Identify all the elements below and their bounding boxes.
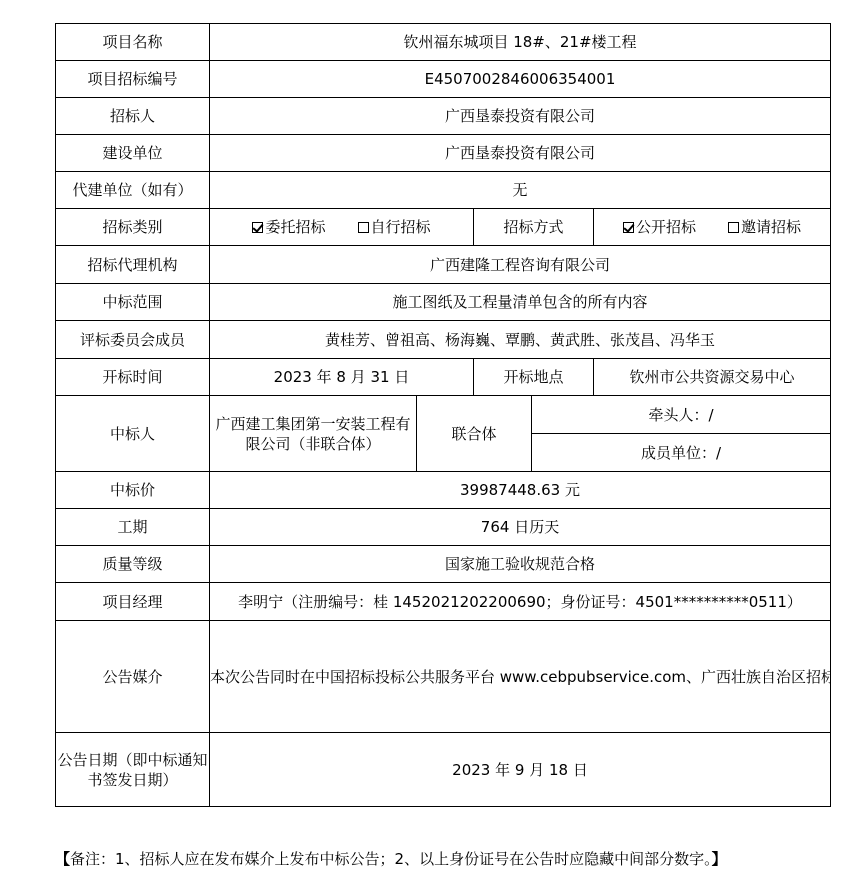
bid-result-table: 项目名称 钦州福东城项目 18#、21#楼工程 项目招标编号 E45070028… — [55, 23, 831, 807]
tender-number-label: 项目招标编号 — [56, 61, 210, 98]
quality-value: 国家施工验收规范合格 — [210, 546, 831, 583]
checkbox-unchecked-icon[interactable] — [728, 222, 739, 233]
winner-label: 中标人 — [56, 396, 210, 472]
row-price: 中标价 39987448.63 元 — [56, 472, 831, 509]
committee-label: 评标委员会成员 — [56, 321, 210, 359]
footnote-close-bracket: 】 — [712, 850, 727, 868]
agent-construction-unit-value: 无 — [210, 172, 831, 209]
tender-number-value: E4507002846006354001 — [210, 61, 831, 98]
opening-place-label: 开标地点 — [474, 359, 594, 396]
duration-value: 764 日历天 — [210, 509, 831, 546]
media-label: 公告媒介 — [56, 621, 210, 733]
consortium-members: 成员单位：/ — [532, 434, 831, 472]
row-committee: 评标委员会成员 黄桂芳、曾祖高、杨海巍、覃鹏、黄武胜、张茂昌、冯华玉 — [56, 321, 831, 359]
construction-unit-value: 广西垦泰投资有限公司 — [210, 135, 831, 172]
agency-value: 广西建隆工程咨询有限公司 — [210, 246, 831, 284]
option-invited-label: 邀请招标 — [741, 218, 801, 236]
winner-value: 广西建工集团第一安装工程有限公司（非联合体） — [210, 396, 417, 472]
option-invited[interactable]: 邀请招标 — [728, 217, 801, 237]
tender-method-label: 招标方式 — [474, 209, 594, 246]
option-self[interactable]: 自行招标 — [358, 217, 431, 237]
opening-time-label: 开标时间 — [56, 359, 210, 396]
row-winner-1: 中标人 广西建工集团第一安装工程有限公司（非联合体） 联合体 牵头人：/ — [56, 396, 831, 434]
row-tenderer: 招标人 广西垦泰投资有限公司 — [56, 98, 831, 135]
construction-unit-label: 建设单位 — [56, 135, 210, 172]
opening-time-value: 2023 年 8 月 31 日 — [210, 359, 474, 396]
notice-date-value: 2023 年 9 月 18 日 — [210, 733, 831, 807]
row-media: 公告媒介 本次公告同时在中国招标投标公共服务平台 www.cebpubservi… — [56, 621, 831, 733]
duration-label: 工期 — [56, 509, 210, 546]
row-notice-date: 公告日期（即中标通知书签发日期） 2023 年 9 月 18 日 — [56, 733, 831, 807]
tenderer-label: 招标人 — [56, 98, 210, 135]
manager-label: 项目经理 — [56, 583, 210, 621]
row-project-name: 项目名称 钦州福东城项目 18#、21#楼工程 — [56, 24, 831, 61]
opening-place-value: 钦州市公共资源交易中心 — [594, 359, 831, 396]
tender-method-options: 公开招标邀请招标 — [594, 209, 831, 246]
footnote-open-bracket: 【 — [55, 850, 70, 868]
row-duration: 工期 764 日历天 — [56, 509, 831, 546]
quality-label: 质量等级 — [56, 546, 210, 583]
option-entrusted-label: 委托招标 — [265, 218, 325, 236]
checkbox-checked-icon[interactable] — [623, 222, 634, 233]
row-tender-number: 项目招标编号 E4507002846006354001 — [56, 61, 831, 98]
project-name-label: 项目名称 — [56, 24, 210, 61]
row-agent-construction-unit: 代建单位（如有） 无 — [56, 172, 831, 209]
row-tender-type: 招标类别 委托招标自行招标 招标方式 公开招标邀请招标 — [56, 209, 831, 246]
row-opening: 开标时间 2023 年 8 月 31 日 开标地点 钦州市公共资源交易中心 — [56, 359, 831, 396]
media-value: 本次公告同时在中国招标投标公共服务平台 www.cebpubservice.co… — [210, 621, 831, 733]
footnote-text: 备注：1、招标人应在发布媒介上发布中标公告；2、以上身份证号在公告时应隐藏中间部… — [70, 850, 712, 868]
checkbox-unchecked-icon[interactable] — [358, 222, 369, 233]
option-entrusted[interactable]: 委托招标 — [252, 217, 325, 237]
notice-date-label: 公告日期（即中标通知书签发日期） — [56, 733, 210, 807]
manager-value: 李明宁（注册编号：桂 1452021202200690；身份证号：4501***… — [210, 583, 831, 621]
tender-type-label: 招标类别 — [56, 209, 210, 246]
scope-label: 中标范围 — [56, 284, 210, 321]
row-quality: 质量等级 国家施工验收规范合格 — [56, 546, 831, 583]
price-label: 中标价 — [56, 472, 210, 509]
row-scope: 中标范围 施工图纸及工程量清单包含的所有内容 — [56, 284, 831, 321]
tender-type-options: 委托招标自行招标 — [210, 209, 474, 246]
agent-construction-unit-label: 代建单位（如有） — [56, 172, 210, 209]
consortium-label: 联合体 — [417, 396, 532, 472]
price-value: 39987448.63 元 — [210, 472, 831, 509]
footnote: 【备注：1、招标人应在发布媒介上发布中标公告；2、以上身份证号在公告时应隐藏中间… — [55, 848, 727, 869]
checkbox-checked-icon[interactable] — [252, 222, 263, 233]
scope-value: 施工图纸及工程量清单包含的所有内容 — [210, 284, 831, 321]
agency-label: 招标代理机构 — [56, 246, 210, 284]
row-agency: 招标代理机构 广西建隆工程咨询有限公司 — [56, 246, 831, 284]
row-construction-unit: 建设单位 广西垦泰投资有限公司 — [56, 135, 831, 172]
row-manager: 项目经理 李明宁（注册编号：桂 1452021202200690；身份证号：45… — [56, 583, 831, 621]
committee-value: 黄桂芳、曾祖高、杨海巍、覃鹏、黄武胜、张茂昌、冯华玉 — [210, 321, 831, 359]
option-open-label: 公开招标 — [636, 218, 696, 236]
tenderer-value: 广西垦泰投资有限公司 — [210, 98, 831, 135]
consortium-lead: 牵头人：/ — [532, 396, 831, 434]
project-name-value: 钦州福东城项目 18#、21#楼工程 — [210, 24, 831, 61]
option-self-label: 自行招标 — [371, 218, 431, 236]
option-open[interactable]: 公开招标 — [623, 217, 696, 237]
